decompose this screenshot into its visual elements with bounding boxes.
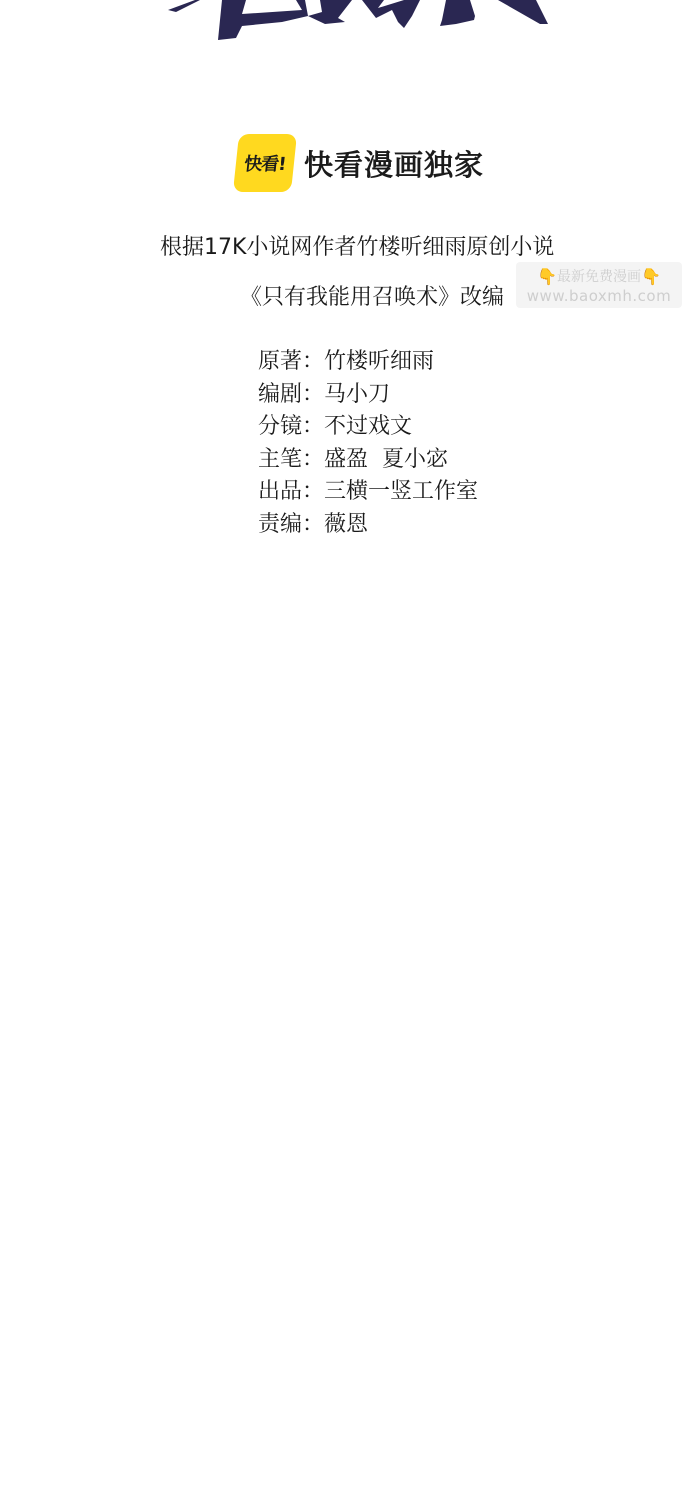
credit-row-producer: 出品：三横一竖工作室 [258,476,478,509]
brand-label: 快看漫画独家 [304,143,484,184]
pointing-hand-icon: 👇 [641,267,661,286]
credit-row-lead-artist: 主笔：盛盈 夏小宓 [258,444,478,477]
pointing-hand-icon: 👇 [537,267,557,286]
title-brushstroke-icon [0,0,690,45]
credit-row-original-author: 原著：竹楼听细雨 [258,346,478,379]
credit-value: 马小刀 [324,382,390,407]
credit-row-storyboard: 分镜：不过戏文 [258,411,478,444]
credit-row-screenwriter: 编剧：马小刀 [258,379,478,412]
source-novel-line: 根据17K小说网作者竹楼听细雨原创小说 [160,230,554,261]
watermark-text: 最新免费漫画 [557,266,641,286]
comic-title-art-fragment [0,0,690,45]
credit-row-editor: 责编：薇恩 [258,509,478,542]
watermark-overlay: 👇 最新免费漫画 👇 www.baoxmh.com [516,262,682,308]
watermark-url: www.baoxmh.com [516,287,682,305]
kuaikan-logo-icon: 快看! [233,134,297,192]
credit-value: 三横一竖工作室 [324,479,478,504]
credits-list: 原著：竹楼听细雨 编剧：马小刀 分镜：不过戏文 主笔：盛盈 夏小宓 出品：三横一… [258,346,478,541]
kuaikan-exclusive-brand: 快看! 快看漫画独家 [236,134,484,192]
credit-value: 盛盈 夏小宓 [324,447,448,472]
credit-value: 薇恩 [324,512,368,537]
credit-value: 不过戏文 [324,414,412,439]
adaptation-line: 《只有我能用召唤术》改编 [240,280,504,311]
credit-value: 竹楼听细雨 [324,349,434,374]
